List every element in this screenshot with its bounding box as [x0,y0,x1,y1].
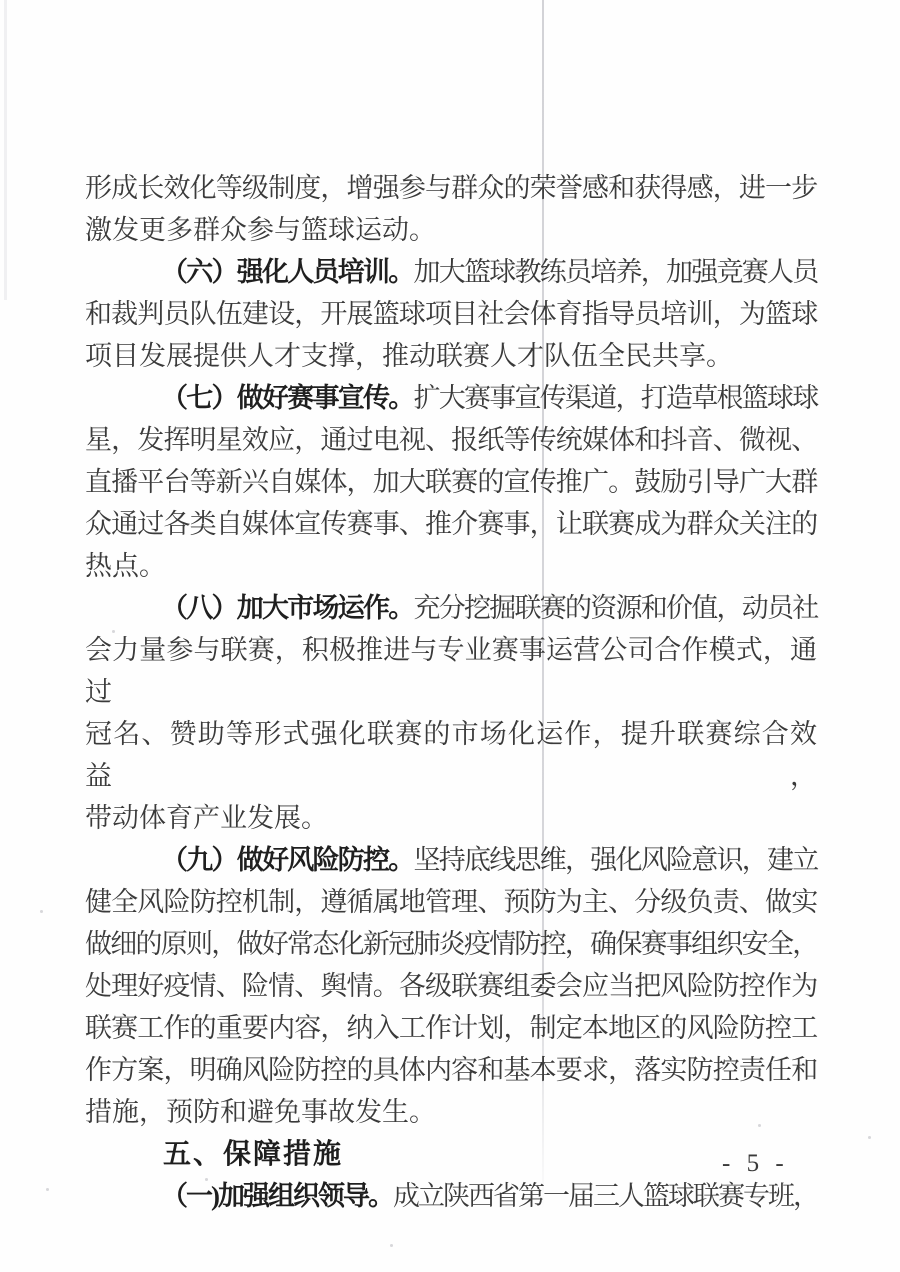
section-label-bold: （七）做好赛事宣传。 [161,383,413,413]
body-line: 联赛工作的重要内容，纳入工作计划，制定本地区的风险防控工 [85,1007,817,1049]
body-line: （九）做好风险防控。坚持底线思维，强化风险意识，建立 [85,839,817,881]
scan-speck-artifact [868,1136,871,1139]
body-line: 健全风险防控机制，遵循属地管理、预防为主、分级负责、做实 [85,881,817,923]
body-line: 热点。 [85,545,817,587]
text-run: 坚持底线思维，强化风险意识，建立 [413,845,817,875]
body-line: 作方案，明确风险防控的具体内容和基本要求，落实防控责任和 [85,1049,817,1091]
text-run: 充分挖掘联赛的资源和价值，动员社 [413,593,817,623]
document-text-block: 形成长效化等级制度，增强参与群众的荣誉感和获得感，进一步 激发更多群众参与篮球运… [85,167,817,1217]
body-line: （六）强化人员培训。加大篮球教练员培养，加强竞赛人员 [85,251,817,293]
section-label-bold: （八）加大市场运作。 [161,593,413,623]
body-line: （八）加大市场运作。充分挖掘联赛的资源和价值，动员社 [85,587,817,629]
body-line: 带动体育产业发展。 [85,797,817,839]
scanned-document-page: 形成长效化等级制度，增强参与群众的荣誉感和获得感，进一步 激发更多群众参与篮球运… [0,0,900,1272]
body-line: 处理好疫情、险情、舆情。各级联赛组委会应当把风险防控作为 [85,965,817,1007]
scan-speck-artifact [390,1244,393,1247]
text-run: 加大篮球教练员培养，加强竞赛人员 [413,257,817,287]
body-line: 激发更多群众参与篮球运动。 [85,209,817,251]
body-line: 直播平台等新兴自媒体，加大联赛的宣传推广。鼓励引导广大群 [85,461,817,503]
body-line: 和裁判员队伍建设，开展篮球项目社会体育指导员培训，为篮球 [85,293,817,335]
body-line: 星，发挥明星效应，通过电视、报纸等传统媒体和抖音、微视、 [85,419,817,461]
body-line: 项目发展提供人才支撑，推动联赛人才队伍全民共享。 [85,335,817,377]
body-line: 做细的原则，做好常态化新冠肺炎疫情防控，确保赛事组织安全， [85,923,817,965]
section-heading: 五、保障措施 [85,1133,817,1175]
text-run: 成立陕西省第一届三人篮球联赛专班， [393,1181,817,1211]
body-line: （一)加强组织领导。成立陕西省第一届三人篮球联赛专班， [85,1175,817,1217]
section-label-bold: （一)加强组织领导。 [161,1181,393,1211]
body-line: 众通过各类自媒体宣传赛事、推介赛事，让联赛成为群众关注的 [85,503,817,545]
text-run: 扩大赛事宣传渠道，打造草根篮球球 [413,383,817,413]
body-line: 会力量参与联赛，积极推进与专业赛事运营公司合作模式，通过 [85,629,817,713]
body-line: 冠名、赞助等形式强化联赛的市场化运作，提升联赛综合效益， [85,713,817,797]
body-line: （七）做好赛事宣传。扩大赛事宣传渠道，打造草根篮球球 [85,377,817,419]
scan-speck-artifact [40,910,43,913]
section-label-bold: （六）强化人员培训。 [161,257,413,287]
scan-edge-artifact [4,0,7,300]
body-line: 措施，预防和避免事故发生。 [85,1091,817,1133]
scan-speck-artifact [46,1188,49,1191]
body-line: 形成长效化等级制度，增强参与群众的荣誉感和获得感，进一步 [85,167,817,209]
page-number: - 5 - [722,1150,789,1178]
section-label-bold: （九）做好风险防控。 [161,845,413,875]
